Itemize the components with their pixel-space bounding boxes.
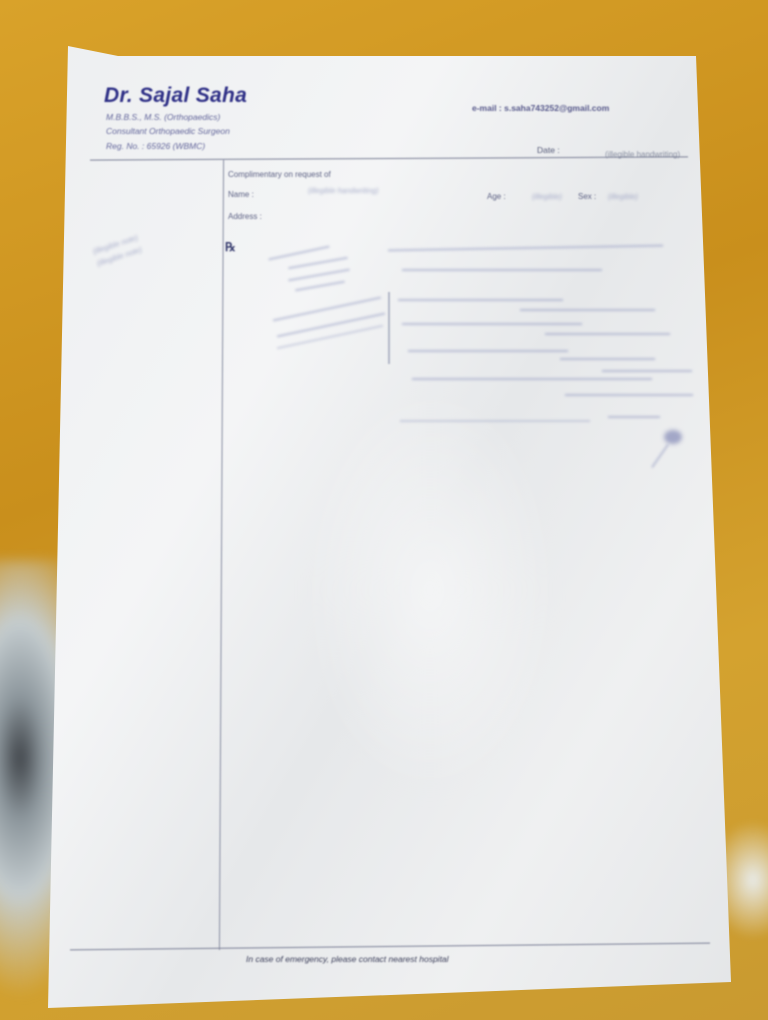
handwriting-line xyxy=(408,350,568,352)
address-label: Address : xyxy=(228,212,262,221)
handwriting-line xyxy=(288,257,347,269)
date-label: Date : xyxy=(537,145,560,155)
handwriting-line xyxy=(402,323,582,325)
doctor-name: Dr. Sajal Saha xyxy=(104,84,247,108)
paper-sheen xyxy=(300,380,560,800)
handwriting-line xyxy=(565,394,693,396)
prescription-sheet: Dr. Sajal Saha M.B.B.S., M.S. (Orthopaed… xyxy=(0,0,768,1020)
handwriting-line xyxy=(520,309,655,311)
handwriting-line xyxy=(560,358,655,360)
handwriting-line xyxy=(398,299,563,301)
handwriting-line xyxy=(402,269,602,271)
margin-divider xyxy=(219,160,224,950)
signature-stroke xyxy=(651,444,669,468)
email: e-mail : s.saha743252@gmail.com xyxy=(472,103,609,113)
handwriting-line xyxy=(412,378,652,380)
underline xyxy=(277,325,383,349)
bracket-line xyxy=(388,292,390,364)
handwriting-line xyxy=(400,420,590,422)
handwriting-line xyxy=(388,245,663,252)
registration-number: Reg. No. : 65926 (WBMC) xyxy=(106,141,205,151)
handwriting-line xyxy=(545,333,670,335)
handwriting-line xyxy=(288,269,349,282)
header-divider xyxy=(90,156,688,160)
designation: Consultant Orthopaedic Surgeon xyxy=(106,126,230,136)
handwriting-line xyxy=(602,370,692,372)
sex-label: Sex : xyxy=(578,192,596,201)
qualifications: M.B.B.S., M.S. (Orthopaedics) xyxy=(106,112,220,122)
signature xyxy=(664,430,682,444)
handwriting-line xyxy=(608,416,660,418)
footer-note: In case of emergency, please contact nea… xyxy=(246,954,449,964)
name-value: (illegible handwriting) xyxy=(308,186,378,195)
footer-divider xyxy=(70,943,710,951)
complimentary-label: Complimentary on request of xyxy=(228,170,331,179)
rx-icon: ℞ xyxy=(225,240,236,254)
handwriting-line xyxy=(268,246,329,261)
sex-value: (illegible) xyxy=(608,192,638,201)
handwriting-line xyxy=(295,281,345,292)
age-label: Age : xyxy=(487,192,506,201)
name-label: Name : xyxy=(228,190,254,199)
age-value: (illegible) xyxy=(532,192,562,201)
